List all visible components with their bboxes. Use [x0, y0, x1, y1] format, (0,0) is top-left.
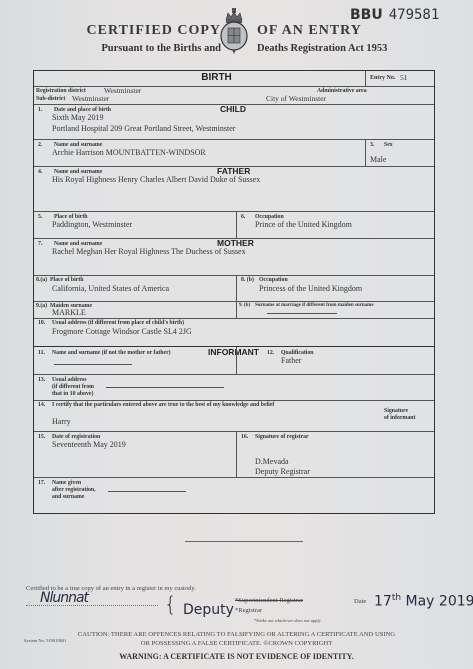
- header-right: OF AN ENTRY Deaths Registration Act 1953: [257, 23, 387, 54]
- field-3-value: Male: [370, 155, 386, 164]
- field-10-value: Frogmore Cottage Windsor Castle SL4 2JG: [52, 327, 192, 336]
- field-8-row: 8.(a) Place of birth California, United …: [34, 275, 434, 302]
- field-8b-label: Occupation: [259, 277, 288, 283]
- field-13-blank-line: [106, 387, 224, 388]
- field-15-value: Seventeenth May 2019: [52, 440, 126, 449]
- field-1-number: 1.: [38, 107, 42, 113]
- serial-digits: 479581: [389, 7, 440, 23]
- identity-warning: WARNING: A CERTIFICATE IS NOT EVIDENCE O…: [0, 652, 473, 661]
- subtitle-right: Deaths Registration Act 1953: [257, 43, 387, 54]
- field-6-value: Prince of the United Kingdom: [255, 220, 352, 229]
- field-16-cell: 16. Signature of registrar D.Mevada Depu…: [236, 431, 434, 477]
- field-14-value: Harry: [52, 417, 71, 426]
- field-3-cell: 3. Sex Male: [365, 139, 434, 166]
- handwritten-date: 17th May 2019: [374, 593, 473, 610]
- handwritten-date-suffix: th: [392, 593, 401, 603]
- field-6-number: 6.: [241, 214, 245, 220]
- field-12-value: Father: [281, 356, 301, 365]
- field-4-number: 4.: [38, 169, 42, 175]
- field-8a-label: Place of birth: [50, 277, 84, 283]
- field-13-label-2: (if different from: [52, 384, 94, 390]
- entry-no-label: Entry No.: [370, 75, 395, 81]
- field-11-blank-line: [54, 364, 132, 365]
- field-1-value-place: Portland Hospital 209 Great Portland Str…: [52, 124, 235, 133]
- field-7-value: Rachel Meghan Her Royal Highness The Duc…: [52, 247, 246, 256]
- field-9b-number: 9. (b): [239, 303, 250, 308]
- field-6-cell: 6. Occupation Prince of the United Kingd…: [236, 211, 434, 238]
- serial-number: BBU479581: [350, 7, 439, 23]
- field-1-row: 1. Date and place of birth CHILD Sixth M…: [34, 104, 434, 140]
- field-17-label-2: after registration,: [52, 487, 96, 493]
- field-14-number: 14.: [38, 402, 45, 408]
- field-13-row: 13. Usual address (if different from tha…: [34, 374, 434, 401]
- field-11-12-row: 11. Name and surname (if not the mother …: [34, 347, 434, 375]
- field-5-value: Paddington, Westminster: [52, 220, 132, 229]
- field-17-blank-line: [108, 491, 186, 492]
- registrar-name: D.Mevada: [255, 457, 289, 466]
- handwritten-date-rest: May 2019: [406, 594, 473, 610]
- field-7-row: 7. Name and surname MOTHER Rachel Meghan…: [34, 238, 434, 276]
- administrative-area-value: City of Westminster: [266, 94, 326, 103]
- informant-signature-label-1: Signature: [384, 408, 408, 414]
- field-16-label: Signature of registrar: [255, 434, 309, 440]
- handwritten-date-day: 17: [374, 594, 392, 610]
- field-15-16-row: 15. Date of registration Seventeenth May…: [34, 431, 434, 478]
- entry-no-value: 51: [400, 73, 408, 82]
- field-16-number: 16.: [241, 434, 248, 440]
- birth-entry-form: BIRTH Entry No. 51 Registration district…: [33, 70, 435, 514]
- field-17-row: 17. Name given after registration, and s…: [34, 477, 434, 513]
- field-9a-number: 9.(a): [36, 303, 47, 309]
- title-right: OF AN ENTRY: [257, 23, 387, 39]
- superintendent-registrar-struck: *Superintendent Registrar: [235, 597, 303, 604]
- field-3-number: 3.: [370, 142, 374, 148]
- field-3-label: Sex: [384, 142, 393, 148]
- field-2-number: 2.: [38, 142, 42, 148]
- field-9b-blank-line: [267, 313, 337, 314]
- field-5-number: 5.: [38, 214, 42, 220]
- field-12-number: 12.: [267, 350, 274, 356]
- subtitle-left: Pursuant to the Births and: [87, 43, 221, 54]
- field-8a-value: California, United States of America: [52, 284, 169, 293]
- field-9-row: 9.(a) Maiden surname MARKLE 9. (b) Surna…: [34, 301, 434, 319]
- field-12-cell: 12. Qualification Father: [236, 347, 434, 374]
- registrar-title: Deputy Registrar: [255, 467, 310, 476]
- caution-line-2: OR POSSESSING A FALSE CERTIFICATE. ©CROW…: [0, 640, 473, 647]
- field-13-number: 13.: [38, 377, 45, 383]
- field-8b-number: 8. (b): [241, 277, 254, 283]
- registration-district-value: Westminster: [104, 86, 141, 95]
- brace: {: [164, 592, 177, 616]
- field-8b-value: Princess of the United Kingdom: [259, 284, 362, 293]
- form-title-row: BIRTH Entry No. 51: [34, 71, 434, 87]
- title-left: CERTIFIED COPY: [87, 23, 221, 39]
- strike-note: *Strike out whichever does not apply: [254, 618, 321, 623]
- district-row: Registration district Westminster Sub-di…: [34, 86, 434, 105]
- field-11-label: Name and surname (if not the mother or f…: [52, 350, 171, 356]
- certifier-signature: Nlunnat: [40, 590, 88, 606]
- field-2-3-row: 2. Name and surname Archie Harrison MOUN…: [34, 139, 434, 167]
- field-8b-cell: 8. (b) Occupation Princess of the United…: [236, 275, 434, 301]
- field-8a-number: 8.(a): [36, 277, 47, 283]
- section-child: CHILD: [220, 104, 246, 114]
- field-10-row: 10. Usual address (if different from pla…: [34, 318, 434, 347]
- registrar-option: *Registrar: [235, 607, 262, 614]
- field-7-number: 7.: [38, 241, 42, 247]
- field-15-number: 15.: [38, 434, 45, 440]
- informant-signature-label-2: of informant: [384, 415, 415, 421]
- date-label: Date: [354, 598, 366, 605]
- field-11-number: 11.: [38, 350, 45, 356]
- field-9a-value: MARKLE: [52, 308, 86, 317]
- certificate-page: BBU479581 CERTIFIED COPY Pursuant to the…: [0, 0, 473, 669]
- field-14-label: I certify that the particulars entered a…: [52, 402, 274, 408]
- field-17-label-3: and surname: [52, 494, 84, 500]
- field-4-row: 4. Name and surname FATHER His Royal Hig…: [34, 166, 434, 212]
- header-left: CERTIFIED COPY Pursuant to the Births an…: [87, 23, 221, 54]
- serial-prefix: BBU: [350, 7, 383, 23]
- royal-coat-of-arms-icon: [219, 8, 249, 54]
- field-2-value: Archie Harrison MOUNTBATTEN-WINDSOR: [52, 148, 206, 157]
- field-10-label: Usual address (if different from place o…: [52, 320, 184, 326]
- caution-line-1: CAUTION: THERE ARE OFFENCES RELATING TO …: [0, 631, 473, 638]
- sub-district-value: Westminster: [72, 94, 109, 103]
- field-4-value: His Royal Highness Henry Charles Albert …: [52, 175, 260, 184]
- field-9b-label: Surname at marriage if different from ma…: [255, 303, 374, 308]
- field-17-label-1: Name given: [52, 480, 81, 486]
- field-5-6-row: 5. Place of birth Paddington, Westminste…: [34, 211, 434, 239]
- entry-no-cell: Entry No. 51: [365, 71, 434, 86]
- field-13-label-3: that in 10 above): [52, 391, 93, 397]
- sub-district-label: Sub-district: [36, 96, 65, 102]
- field-17-number: 17.: [38, 480, 45, 486]
- field-9b-cell: 9. (b) Surname at marriage if different …: [236, 301, 434, 318]
- field-14-row: 14. I certify that the particulars enter…: [34, 400, 434, 432]
- handwritten-deputy: Deputy: [183, 602, 234, 618]
- field-1-value-date: Sixth May 2019: [52, 113, 104, 122]
- divider-line: [185, 541, 303, 542]
- field-13-label-1: Usual address: [52, 377, 87, 383]
- form-title: BIRTH: [34, 72, 399, 83]
- field-10-number: 10.: [38, 320, 45, 326]
